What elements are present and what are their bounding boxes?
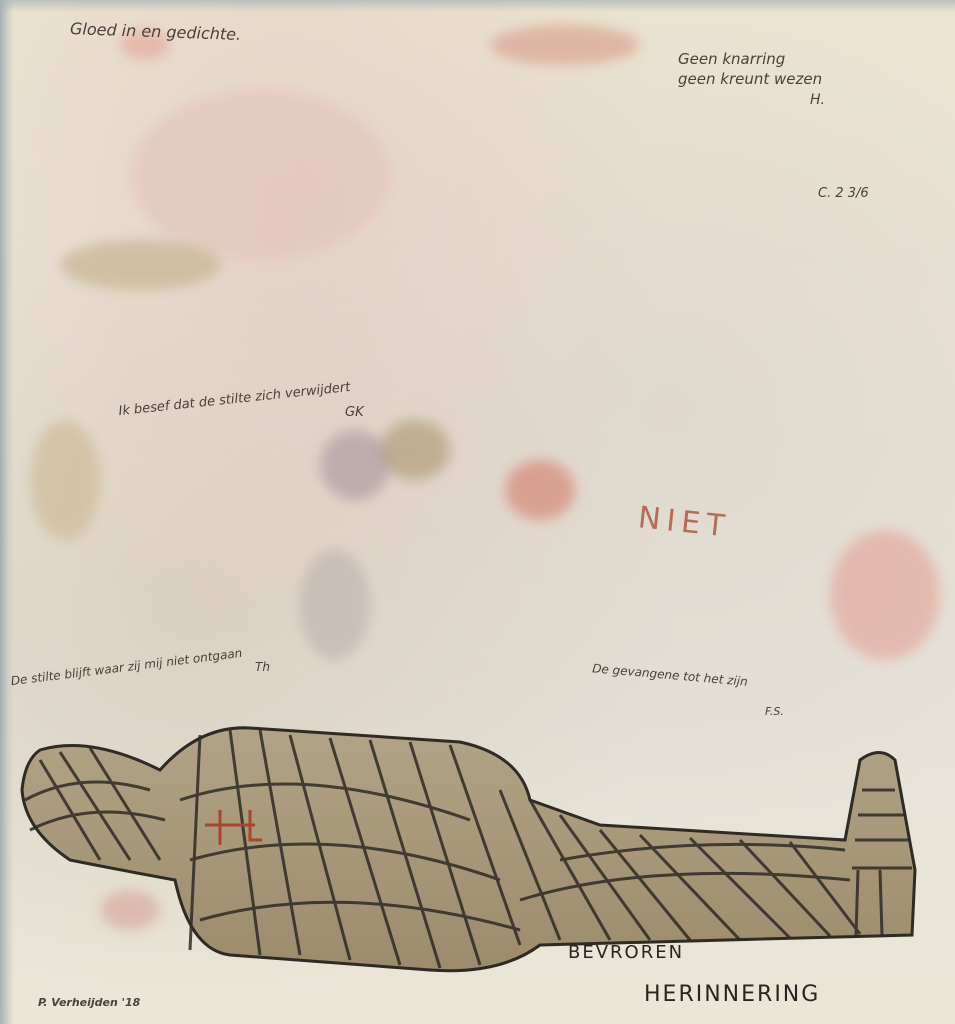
bandaged-mummy-figure	[0, 0, 955, 1024]
painting-canvas: Gloed in en gedichte. Geen knarring geen…	[0, 0, 955, 1024]
title-line-1: BEVROREN	[568, 942, 684, 963]
artist-signature: P. Verheijden '18	[38, 996, 140, 1009]
title-line-2: HERINNERING	[644, 982, 820, 1007]
